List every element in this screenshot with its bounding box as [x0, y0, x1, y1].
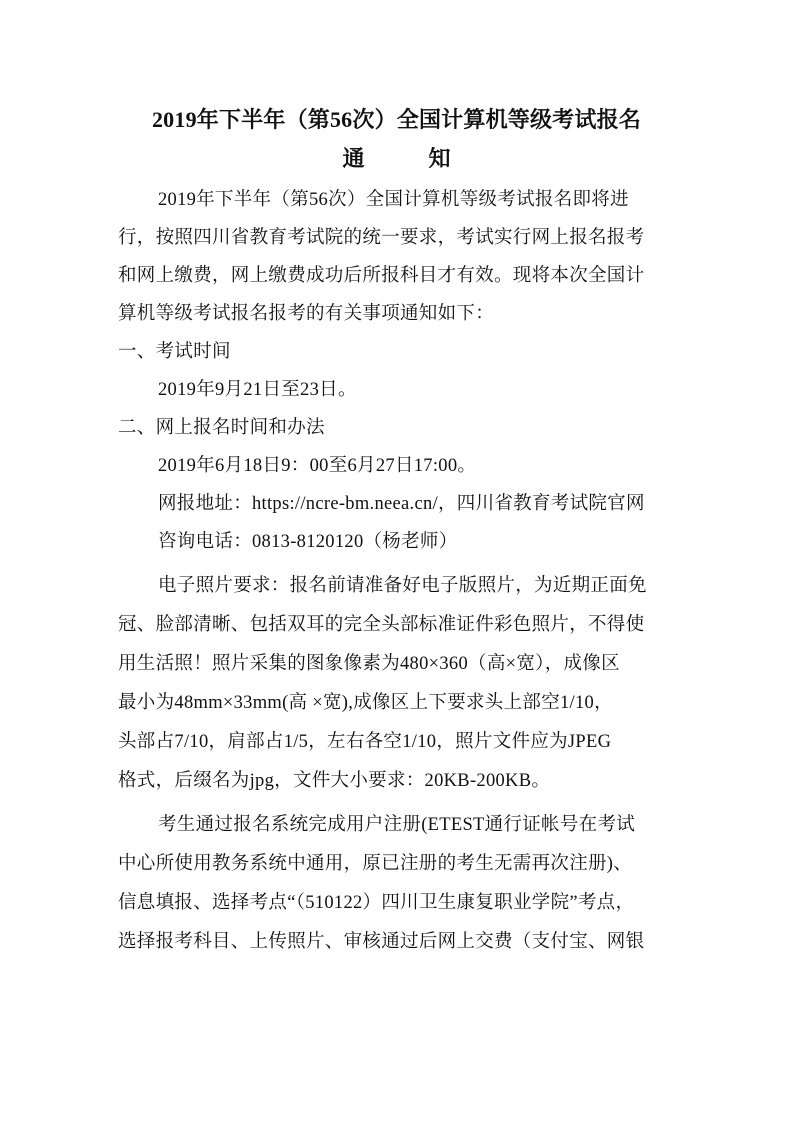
subtitle-char-2: 知: [429, 146, 451, 171]
section-1-heading: 一、考试时间: [118, 339, 678, 365]
procedure-line-2: 中心所使用教务系统中通用，原已注册的考生无需再次注册)、: [118, 851, 678, 877]
intro-line-4: 算机等级考试报名报考的有关事项通知如下：: [118, 301, 678, 327]
document-title: 2019年下半年（第56次）全国计算机等级考试报名: [100, 105, 693, 135]
document-page: 2019年下半年（第56次）全国计算机等级考试报名 通知 2019年下半年（第5…: [0, 0, 793, 1122]
document-subtitle: 通知: [100, 144, 693, 174]
procedure-line-1: 考生通过报名系统完成用户注册(ETEST通行证帐号在考试: [158, 812, 678, 838]
registration-period: 2019年6月18日9：00至6月27日17:00。: [158, 453, 678, 479]
photo-req-line-2: 冠、脸部清晰、包括双耳的完全头部标准证件彩色照片，不得使: [118, 612, 678, 638]
photo-req-line-3: 用生活照！照片采集的图象像素为480×360（高×宽），成像区: [118, 651, 678, 677]
photo-req-line-6: 格式，后缀名为jpg，文件大小要求：20KB-200KB。: [118, 768, 678, 794]
exam-dates: 2019年9月21日至23日。: [158, 377, 678, 403]
procedure-line-4: 选择报考科目、上传照片、审核通过后网上交费（支付宝、网银: [118, 929, 678, 955]
photo-req-line-4: 最小为48mm×33mm(高 ×宽),成像区上下要求头上部空1/10，: [118, 690, 678, 716]
section-2-heading: 二、网上报名时间和办法: [118, 415, 678, 441]
contact-phone: 咨询电话：0813-8120120（杨老师）: [158, 529, 678, 555]
intro-line-3: 和网上缴费，网上缴费成功后所报科目才有效。现将本次全国计: [118, 263, 678, 289]
photo-req-line-5: 头部占7/10，肩部占1/5，左右各空1/10，照片文件应为JPEG: [118, 729, 678, 755]
photo-req-line-1: 电子照片要求：报名前请准备好电子版照片，为近期正面免: [158, 573, 678, 599]
intro-line-1: 2019年下半年（第56次）全国计算机等级考试报名即将进: [158, 187, 678, 213]
intro-line-2: 行，按照四川省教育考试院的统一要求，考试实行网上报名报考: [118, 225, 678, 251]
registration-website: 网报地址：https://ncre-bm.neea.cn/，四川省教育考试院官网: [158, 491, 678, 517]
subtitle-char-1: 通: [342, 146, 364, 171]
procedure-line-3: 信息填报、选择考点“（510122）四川卫生康复职业学院”考点，: [118, 890, 678, 916]
